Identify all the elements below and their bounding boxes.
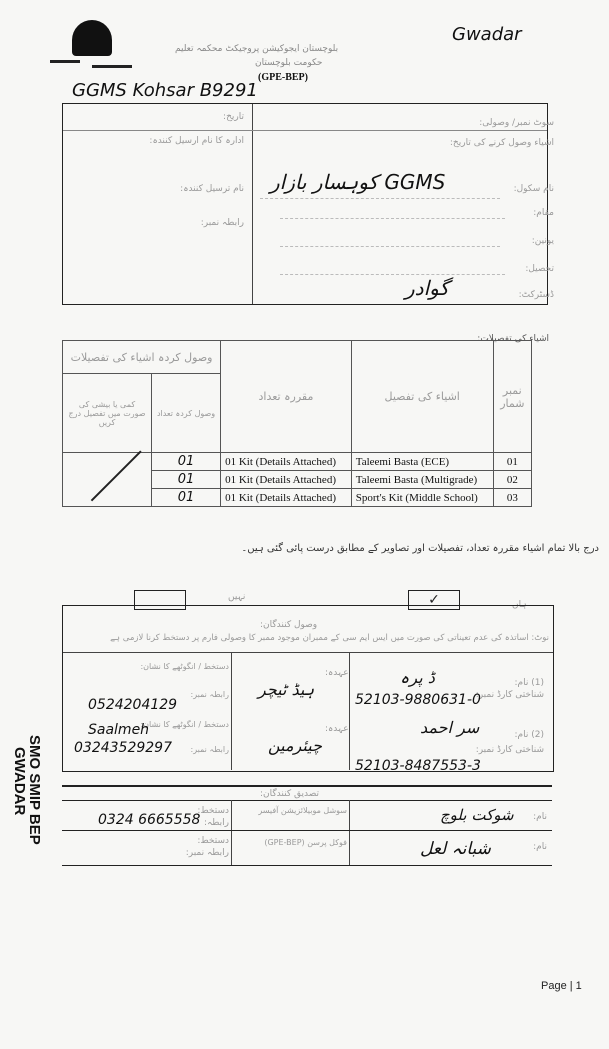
handwritten-school: GGMS Kohsar B9291 — [72, 80, 258, 101]
school-name-line — [260, 198, 500, 199]
logo-decoration-right — [92, 65, 132, 68]
person2-role: چیئرمین — [268, 736, 322, 755]
verifier1-name: شوکت بلوچ — [440, 806, 514, 824]
tehsil-label: تحصیل: — [525, 264, 554, 274]
fixed-qty-cell: 01 Kit (Details Attached) — [221, 453, 352, 471]
logo-decoration-left — [50, 60, 80, 63]
verifiers-line-2 — [62, 800, 552, 801]
header-received-qty: وصول کردہ تعداد — [152, 374, 221, 453]
received-qty-cell: 01 — [152, 489, 221, 507]
person2-contact: 03243529297 — [74, 740, 172, 756]
government-logo — [72, 20, 112, 56]
verifier1-contact: 0324 6665558 — [98, 812, 200, 828]
header-received-group: وصول کردہ اشیاء کی تفصیلات — [63, 341, 221, 374]
item-cell: Sport's Kit (Middle School) — [351, 489, 493, 507]
received-qty-cell: 01 — [152, 453, 221, 471]
handwritten-district: Gwadar — [452, 24, 522, 45]
tehsil-line — [280, 274, 505, 275]
verifier1-role: سوشل موبیلائزیشن آفیسر — [237, 806, 347, 815]
header-fixed-qty: مقررہ تعداد — [221, 341, 352, 453]
header-urdu-line2: حکومت بلوچستان — [255, 58, 323, 68]
table-row: 01 01 Kit (Details Attached) Taleemi Bas… — [63, 453, 532, 471]
person1-role: ہیڈ ٹیچر — [258, 680, 314, 699]
receipt-divider — [252, 104, 253, 304]
school-name-value: GGMS کوہسار بازار — [270, 170, 445, 194]
verifier2-name-label: نام: — [533, 842, 547, 852]
verifiers-bottom-line — [62, 865, 552, 866]
receivers-divider — [63, 652, 553, 653]
person1-cnic-label: شناختی کارڈ نمبر: — [476, 690, 544, 700]
verifiers-col-2 — [349, 800, 350, 865]
verifier1-name-label: نام: — [533, 812, 547, 822]
header-item-detail: اشیاء کی تفصیل — [351, 341, 493, 453]
verifier2-sign-label: دستخط: — [197, 836, 229, 846]
header-serial: نمبر شمار — [493, 341, 531, 453]
person1-contact: 0524204129 — [88, 697, 177, 713]
verifiers-line-3 — [62, 830, 552, 831]
items-table: وصول کردہ اشیاء کی تفصیلات مقررہ تعداد ا… — [62, 340, 532, 507]
location-line — [280, 218, 505, 219]
person1-role-label: عہدہ: — [325, 668, 349, 678]
received-qty-cell: 01 — [152, 471, 221, 489]
serial-cell: 01 — [493, 453, 531, 471]
verifiers-col-1 — [231, 800, 232, 865]
school-name-label: نام سکول: — [514, 184, 554, 194]
person1-contact-label: رابطہ نمبر: — [191, 690, 229, 699]
header-shortage: کمی یا بیشی کی صورت میں تفصیل درج کریں — [63, 374, 152, 453]
receipt-date-label: اشیاء وصول کرنے کی تاریخ: — [450, 138, 554, 148]
district-label: ڈسٹرکٹ: — [519, 290, 554, 300]
verifier2-name: شبانہ لعل — [420, 838, 491, 859]
fixed-qty-cell: 01 Kit (Details Attached) — [221, 489, 352, 507]
person2-role-label: عہدہ: — [325, 724, 349, 734]
receivers-title: وصول کنندگان: — [260, 620, 317, 630]
contact-label: رابطہ نمبر: — [201, 218, 244, 228]
person2-cnic: 52103-8487553-3 — [355, 758, 481, 774]
fixed-qty-cell: 01 Kit (Details Attached) — [221, 471, 352, 489]
date-label: تاریخ: — [223, 112, 244, 122]
confirmation-statement: درج بالا تمام اشیاء مقررہ تعداد، تفصیلات… — [59, 540, 599, 558]
person2-cnic-label: شناختی کارڈ نمبر: — [476, 745, 544, 755]
sender-name-label: نام ترسیل کنندہ: — [180, 184, 244, 194]
receivers-col-2 — [349, 652, 350, 770]
person2-name-label: (2) نام: — [515, 730, 544, 740]
verifier1-sign-label: دستخط: — [197, 806, 229, 816]
receivers-col-1 — [231, 652, 232, 770]
location-label: مقام: — [533, 208, 554, 218]
person1-sign-label: دستخط / انگوٹھے کا نشان: — [140, 662, 229, 671]
stamp-line2: GWADAR — [12, 735, 27, 845]
shortage-cell — [63, 453, 152, 507]
item-cell: Taleemi Basta (ECE) — [351, 453, 493, 471]
no-label: نہیں — [228, 592, 245, 602]
serial-cell: 02 — [493, 471, 531, 489]
receipt-row-line — [63, 130, 547, 131]
person2-sign: Saalmeh — [88, 722, 149, 738]
person2-name: سر احمد — [420, 718, 479, 737]
person1-name-label: (1) نام: — [515, 678, 544, 688]
program-title: (GPE-BEP) — [258, 72, 308, 83]
item-cell: Taleemi Basta (Multigrade) — [351, 471, 493, 489]
person2-contact-label: رابطہ نمبر: — [191, 745, 229, 754]
person2-sign-label: دستخط / انگوٹھے کا نشان: — [140, 720, 229, 729]
verifier2-contact-label: رابطہ نمبر: — [186, 848, 229, 858]
receivers-note: نوٹ: اساتذہ کی عدم تعیناتی کی صورت میں ا… — [79, 632, 549, 645]
institution-name-label: ادارہ کا نام ارسیل کنندہ: — [149, 136, 244, 146]
verifiers-top-line — [62, 785, 552, 787]
person1-name: ڈ پرہ — [400, 668, 435, 687]
stamp-line1: SMO SMIP BEP — [27, 735, 42, 845]
receipt-number-label: سوٹ نمبر/ وصولی: — [479, 118, 554, 128]
district-value: گوادر — [405, 276, 449, 300]
verifiers-title: تصدیق کنندگان: — [260, 789, 319, 799]
person1-cnic: 52103-9880631-0 — [355, 692, 481, 708]
verifier2-role: فوکل پرسن (GPE-BEP) — [237, 838, 347, 847]
union-line — [280, 246, 500, 247]
page-number: Page | 1 — [541, 980, 582, 992]
official-stamp: SMO SMIP BEP GWADAR — [12, 735, 42, 845]
header-urdu-line1: بلوچستان ایجوکیشن پروجیکٹ محکمہ تعلیم — [175, 44, 338, 54]
verifier1-contact-label: رابطہ: — [204, 818, 229, 828]
union-label: یونین: — [532, 236, 554, 246]
serial-cell: 03 — [493, 489, 531, 507]
